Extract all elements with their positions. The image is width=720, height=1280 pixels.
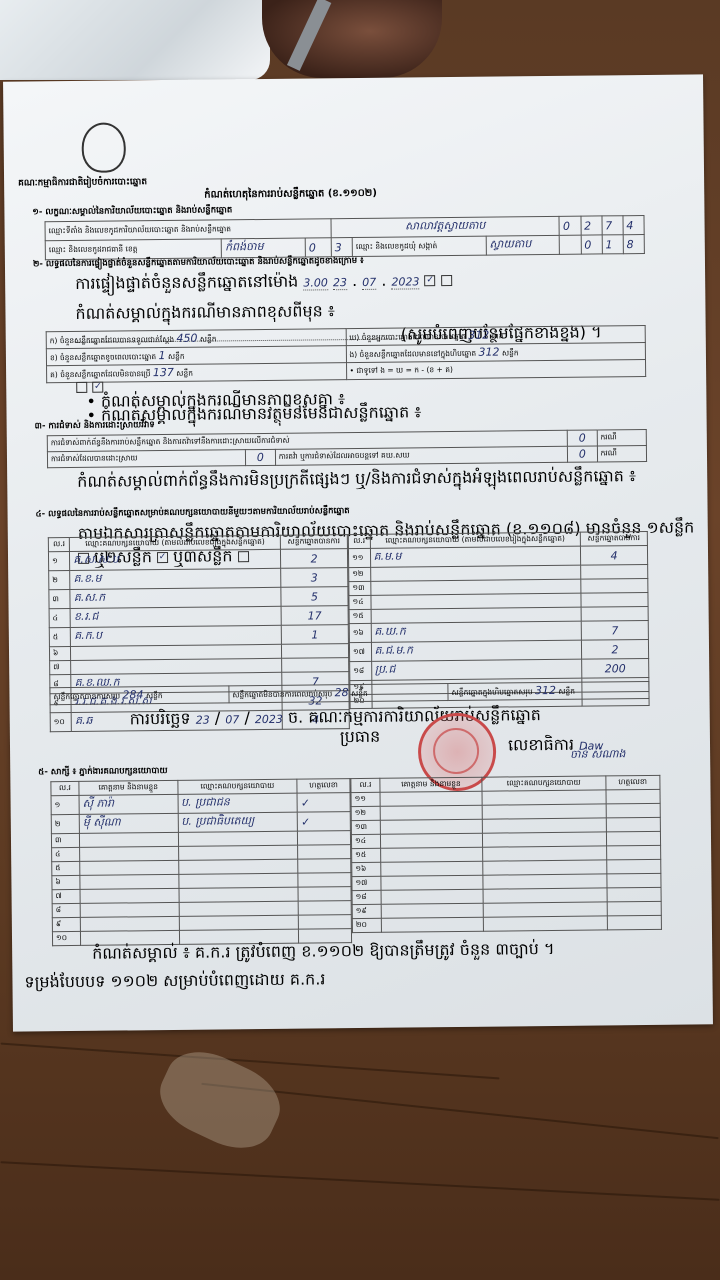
witness-name: [80, 860, 179, 875]
count-label: ង) ចំនួនសន្លឹកឆ្នោតដែលមាននៅក្នុងហិបឆ្នោត: [349, 349, 476, 359]
row-number: ១២: [349, 567, 371, 581]
witness-signature: [606, 845, 661, 860]
commune-code-digit: 8: [623, 234, 644, 253]
province-value: កំពង់ចាម: [222, 238, 306, 258]
col-no: ល.រ: [48, 538, 69, 552]
row-number: ១៣: [351, 820, 380, 834]
table-row: ២០: [352, 915, 661, 932]
witness-party: [483, 902, 607, 917]
station-code-digit: 0: [559, 216, 580, 235]
witness-name: [80, 874, 179, 889]
witness-signature: [298, 901, 351, 916]
station-table: ឈ្មោះទីតាំង និងលេខកូដការិយាល័យបោះឆ្នោត ន…: [45, 215, 645, 260]
witness-name: មុី ស៊ីណា: [79, 813, 178, 833]
col-votes: សន្លឹកឆ្នោតបានការ: [280, 535, 347, 550]
witness-signature: [606, 831, 661, 846]
station-code-digit: 7: [602, 216, 623, 235]
col-signature: ហត្ថលេខា: [297, 779, 350, 794]
row-number: ៤: [49, 609, 71, 628]
witness-table-right: ល.រ គោត្តនាម និងនាមខ្លួន ឈ្មោះគណបក្សនយោប…: [350, 775, 662, 933]
vote-count: 5: [281, 587, 348, 607]
unit: សន្លឹក: [558, 687, 575, 696]
plastic-sheet: [0, 0, 270, 80]
witness-name: [79, 832, 178, 847]
witness-name: [381, 889, 483, 904]
row-number: ១៦: [352, 862, 381, 876]
row-number: ៧: [50, 661, 71, 675]
voters-value: 312: [468, 329, 489, 342]
section1-heading: ១- លក្ខណៈសម្គាល់នៃការិយាល័យបោះឆ្នោត និងរ…: [32, 205, 232, 219]
row-number: ១២: [351, 806, 380, 820]
vote-count: [581, 578, 648, 593]
witness-party: [178, 859, 298, 874]
witness-table-left: ល.រ គោត្តនាម និងនាមខ្លួន ឈ្មោះគណបក្សនយោប…: [50, 778, 352, 946]
month-value: 07: [362, 276, 376, 290]
dispute-count: 0: [567, 430, 597, 446]
date-month: 07: [225, 713, 239, 726]
vote-count: [282, 658, 349, 673]
row-number: ១៨: [352, 890, 381, 904]
intro-text: ការផ្ទៀងផ្ទាត់ចំនួនសន្លឹកឆ្នោតនៅម៉ោង: [75, 272, 298, 293]
witness-party: [483, 860, 607, 875]
witness-signature: [298, 845, 351, 860]
row-number: ១: [51, 795, 79, 814]
row-number: ៥: [52, 861, 80, 875]
commune-label: ឈ្មោះ និងលេខកូដឃុំ សង្កាត់: [352, 236, 486, 256]
col-name: គោត្តនាម និងនាមខ្លួន: [380, 777, 482, 792]
nec-logo-icon: [81, 122, 126, 172]
col-party: ឈ្មោះគណបក្សនយោបាយ: [482, 776, 606, 791]
province-code-digit: 3: [331, 238, 352, 257]
unit: សន្លឹក: [200, 334, 217, 343]
row-number: ១៥: [352, 848, 381, 862]
witness-signature: [606, 789, 661, 804]
vote-count: 17: [281, 606, 348, 626]
resolved-count: 0: [245, 449, 275, 465]
witness-signature: [607, 901, 662, 916]
section5-note: កំណត់សម្គាល់ ៖ គ.ក.រ ត្រូវបំពេញ ខ.១១០២ ឱ…: [92, 938, 555, 967]
wood-grain: [0, 1161, 719, 1201]
unit: ករណី: [597, 445, 646, 462]
unit: សន្លឹក: [502, 348, 519, 357]
party-name: គ.ឃ.ក: [371, 621, 582, 642]
row-number: ២: [49, 571, 71, 590]
party-name: គ.ម.ម: [370, 546, 581, 567]
witness-party: [179, 901, 299, 916]
witness-party: ប. ប្រជាជន: [178, 793, 298, 813]
witness-name: [80, 846, 179, 861]
witness-name: [381, 847, 483, 862]
witness-signature: [298, 831, 351, 846]
table-stain: [149, 1038, 292, 1161]
formula-note: • ជាទូទៅ ង = ឃ = ក - (ខ + គ): [350, 364, 453, 374]
party-name: ប្រ.ជ: [371, 659, 582, 680]
vote-count: 2: [581, 639, 648, 659]
col-votes: សន្លឹកឆ្នោតបានការ: [580, 531, 647, 546]
appeal-count: 0: [567, 446, 597, 462]
seal-bad-checkbox[interactable]: [441, 275, 452, 286]
note-label: កំណត់សម្គាល់ក្នុងករណីមានភាពខុសពីមុន ៖: [75, 301, 335, 323]
unused-ballots-value: 137: [153, 366, 174, 379]
witness-name: [381, 903, 483, 918]
row-number: ១៥: [349, 609, 371, 623]
witness-party: [178, 831, 298, 846]
spoiled-ballots-value: 1: [158, 349, 165, 362]
unit: ករណី: [597, 429, 646, 446]
vote-count: [581, 592, 648, 607]
secretary-name: ចាន់ សំណាង: [570, 747, 625, 764]
row-number: ៣: [51, 833, 79, 847]
organization-name: គណៈកម្មាធិការជាតិរៀបចំការបោះឆ្នោត: [18, 176, 147, 190]
row-number: ១១: [348, 548, 370, 567]
party-name: គ.ស.ក: [70, 587, 281, 608]
witness-signature: [299, 915, 352, 930]
year-value: 2023: [391, 275, 419, 289]
witness-name: [80, 902, 179, 917]
total-box-value: 312: [535, 684, 556, 697]
witness-party: [482, 832, 606, 847]
form-footer-note: ទម្រង់បែបបទ ១១០២ សម្រាប់បំពេញដោយ គ.ក.រ: [24, 968, 325, 995]
witness-party: [179, 887, 299, 902]
count-label: ខ) ចំនួនសន្លឹកឆ្នោតខូចពេលបោះឆ្នោត: [50, 352, 156, 362]
section2-heading: ២- លទ្ធផលនៃការផ្ទៀងផ្ទាត់ចំនួនសន្លឹកឆ្នោ…: [33, 256, 364, 271]
received-ballots-value: 450: [176, 332, 197, 345]
row-number: ១៤: [351, 834, 380, 848]
commune-code-digit: 1: [602, 235, 623, 254]
witness-party: [482, 790, 606, 805]
total-invalid-label: សន្លឹកឆ្នោតមិនបានការពេលរាប់សរុប: [232, 689, 332, 699]
section5-heading: ៥- សាក្សី ៖ ភ្នាក់ងារគណបក្សនយោបាយ: [38, 766, 167, 779]
unit: សន្លឹក: [146, 691, 163, 700]
total-invalid-value: 28: [335, 686, 349, 699]
row-number: ១៤: [349, 595, 371, 609]
row-number: ១៣: [349, 581, 371, 595]
date-label: ការបរិច្ឆេទ: [130, 709, 191, 729]
section3-heading: ៣- ការជំទាស់ និងការដោះស្រាយវិវាទ: [35, 420, 155, 433]
row-number: ១៦: [349, 623, 371, 642]
row-number: ១១: [351, 792, 380, 806]
witness-name: [381, 819, 483, 834]
witness-name: [80, 916, 179, 931]
witness-party: ប. ប្រជាធិបតេយ្យ: [178, 812, 298, 832]
witness-signature: ✓: [297, 793, 350, 813]
station-code-digit: 2: [581, 216, 602, 235]
witness-party: [178, 873, 298, 888]
witness-name: ស៊ី ភារ៉ា: [79, 794, 178, 814]
row-number: ៧: [52, 889, 80, 903]
commune-value: ស្វាយតាប: [486, 235, 560, 255]
witness-signature: [298, 859, 351, 874]
col-signature: ហត្ថលេខា: [605, 775, 660, 790]
vote-count: [581, 606, 648, 621]
row-number: ១៨: [350, 661, 372, 680]
witness-signature: [606, 859, 661, 874]
verification-sentence: ការផ្ទៀងផ្ទាត់ចំនួនសន្លឹកឆ្នោតនៅម៉ោង 3.0…: [75, 267, 635, 297]
station-code-digit: 4: [623, 215, 644, 234]
row-number: ១: [48, 552, 70, 571]
dispute-table: ការជំទាស់ពាក់ព័ន្ធនឹងការរាប់សន្លឹកឆ្នោត …: [47, 429, 647, 468]
witness-party: [482, 804, 606, 819]
witness-party: [178, 845, 298, 860]
row-number: ១៧: [352, 876, 381, 890]
witness-signature: ✓: [297, 812, 350, 832]
witness-signature: [606, 817, 661, 832]
witness-party: [483, 916, 607, 931]
witness-party: [483, 888, 607, 903]
col-no: ល.រ: [348, 534, 370, 548]
col-party: ឈ្មោះគណបក្សនយោបាយ: [177, 779, 297, 794]
row-number: ១៧: [349, 642, 371, 661]
witness-party: [483, 874, 607, 889]
witness-signature: [607, 887, 662, 902]
row-number: ១៩: [352, 904, 381, 918]
vote-count: 200: [582, 658, 649, 678]
row-number: ៣: [49, 590, 71, 609]
resolved-label: ការជំទាស់ដែលបានដោះស្រាយ: [47, 450, 245, 468]
unit: សន្លឹក: [351, 689, 368, 698]
row-number: ១០: [50, 713, 72, 732]
witness-signature: [606, 873, 661, 888]
vote-count: [581, 564, 648, 579]
box-ballots-value: 312: [478, 346, 499, 359]
witness-name: [381, 861, 483, 876]
total-box-label: សន្លឹកឆ្នោតក្នុងហិបឆ្នោតសរុប: [452, 687, 533, 697]
date-day: 23: [196, 714, 210, 727]
count-label: ក) ចំនួនសន្លឹកឆ្នោតដែលបានទទួលជាក់ស្តែង: [50, 335, 174, 345]
unit: សន្លឹក: [176, 369, 193, 378]
ballot-count-form: គណៈកម្មាធិការជាតិរៀបចំការបោះឆ្នោត កំណត់ហ…: [3, 74, 713, 1031]
row-number: ៤: [52, 847, 80, 861]
party-name: គ.ក.ប: [71, 625, 282, 646]
row-number: ៦: [52, 875, 80, 889]
vote-count: [281, 644, 348, 659]
witness-name: [381, 833, 483, 848]
total-valid-value: 284: [122, 688, 143, 701]
chair-label: ប្រធាន: [340, 726, 381, 750]
commune-code-digit: 0: [581, 235, 602, 254]
witness-name: [80, 888, 179, 903]
witness-signature: [606, 803, 661, 818]
section4-heading: ៤- លទ្ធផលនៃការរាប់សន្លឹកឆ្នោតសម្រាប់គណបក…: [36, 506, 350, 521]
party-name: គ.ស.ស.ប: [70, 549, 281, 570]
form-title: កំណត់ហេតុនៃការរាប់សន្លឹកឆ្នោត (ខ.១១០២): [204, 186, 377, 203]
witness-name: [382, 917, 484, 932]
time-value: 3.00: [303, 276, 328, 290]
row-number: ៩: [52, 917, 80, 931]
row-number: ២០: [352, 918, 381, 932]
unit: សន្លឹក: [168, 352, 185, 361]
province-label: ឈ្មោះ និងលេខកូដរាជធានី ខេត្ត: [45, 239, 222, 260]
station-value: សាលាវត្តស្វាយតាប: [331, 216, 560, 237]
witness-party: [482, 818, 606, 833]
row-number: ២: [51, 814, 79, 833]
party-name: គ.ខ.ម: [70, 568, 281, 589]
party-name: ខ.រ.ជ: [70, 606, 281, 627]
counts-table: ក) ចំនួនសន្លឹកឆ្នោតដែលបានទទួលជាក់ស្តែង 4…: [46, 325, 647, 383]
day-value: 23: [333, 276, 347, 290]
vote-count: 7: [581, 620, 648, 640]
witness-signature: [607, 915, 662, 930]
seal-ok-checkbox[interactable]: ✓: [425, 275, 436, 286]
row-number: ១០: [52, 931, 80, 945]
province-code-digit: 0: [305, 238, 331, 257]
vote-count: 4: [580, 545, 647, 565]
witness-name: [381, 875, 483, 890]
col-no: ល.រ: [51, 781, 79, 795]
party-name: គ.ជ.ម.ក: [371, 640, 582, 661]
vote-count: 3: [281, 568, 348, 588]
witness-party: [179, 915, 299, 930]
witness-name: [380, 791, 482, 806]
date-year: 2023: [255, 713, 283, 726]
committee-label: ច. គណៈកម្មការការិយាល័យរាប់សន្លឹកឆ្នោត: [288, 705, 541, 727]
row-number: ៥: [49, 628, 71, 647]
witness-party: [483, 846, 607, 861]
count-label: ឃ) ចំនួនអ្នកបោះឆ្នោតដែលបានបោះឆ្នោត: [349, 332, 466, 342]
total-valid-label: សន្លឹកឆ្នោតបានការសរុប: [53, 691, 120, 701]
witness-signature: [298, 887, 351, 902]
row-number: ៨: [52, 903, 80, 917]
vote-count: 2: [280, 549, 347, 569]
col-no: ល.រ: [351, 778, 380, 792]
appeal-label: ការតវ៉ា ឬការជំទាស់ដែលអាចបន្តទៅ គឃ.សឃ: [275, 446, 568, 465]
witness-signature: [298, 873, 351, 888]
secretary-label: លេខាធិការ: [508, 735, 574, 755]
unit: នាក់: [492, 331, 504, 340]
row-number: ៦: [49, 647, 70, 661]
col-name: គោត្តនាម និងនាមខ្លួន: [79, 780, 178, 795]
section3-note: កំណត់សម្គាល់ពាក់ព័ន្ធនឹងការមិនប្រក្រតីផ្…: [77, 465, 636, 495]
vote-count: 1: [281, 625, 348, 645]
witness-name: [380, 805, 482, 820]
